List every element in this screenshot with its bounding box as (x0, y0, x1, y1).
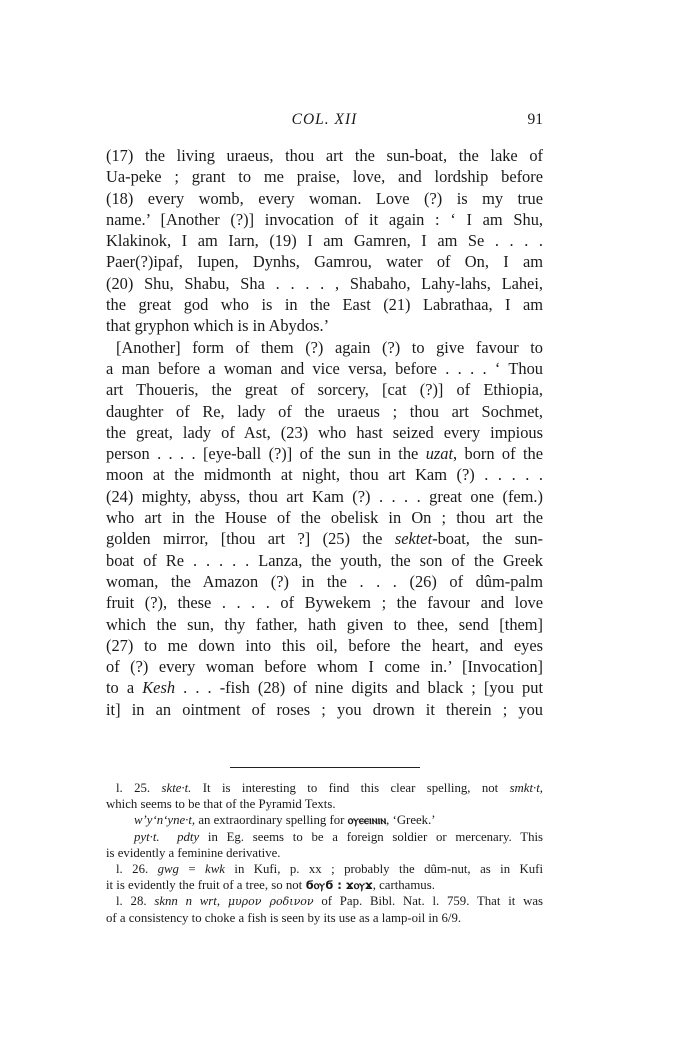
text-segment: to a (106, 678, 134, 697)
footnote-text: in Kufi, p. xx ; probably the dûm-nut, a… (225, 862, 543, 876)
text-line: a man before a woman and vice versa, bef… (106, 358, 543, 379)
italic-term-uzat: uzat (426, 444, 453, 463)
coptic-word: ⲟⲩⲉⲉⲓⲛⲓⲛ (348, 813, 387, 827)
text-line: Paer(?)ipaf, Iupen, Dynhs, Gamrou, water… (106, 251, 543, 272)
footnote-line: w’y‘n‘yne·t, an extraordinary spelling f… (106, 812, 543, 828)
text-line: it] in an ointment of roses ; you drown … (106, 699, 543, 720)
footnote-term: pdty (177, 830, 199, 844)
footnote-text: It is interesting to find this clear spe… (191, 781, 509, 795)
text-line: daughter of Re, lady of the uraeus ; tho… (106, 401, 543, 422)
text-line: moon at the midmonth at night, thou art … (106, 464, 543, 485)
footnote-text: an extraordinary spelling for (195, 813, 347, 827)
footnote-line: l. 28. sknn n wrt, μυρον ροδινον of Pap.… (106, 893, 543, 909)
footnote-term: w’y‘n‘yne·t, (134, 813, 195, 827)
text-line: of (?) every woman before whom I come in… (106, 656, 543, 677)
text-segment: golden mirror, [thou art ?] (25) the (106, 529, 382, 548)
footnote-text: it is evidently the fruit of a tree, so … (106, 878, 305, 892)
text-line: person . . . . [eye-ball (?)] of the sun… (106, 443, 543, 464)
running-head: COL. XII 91 (106, 111, 543, 133)
footnote-term: sknn n wrt, (154, 894, 220, 908)
text-line: (24) mighty, abyss, thou art Kam (?) . .… (106, 486, 543, 507)
footnote-line: l. 26. gwg = kwk in Kufi, p. xx ; probab… (106, 861, 543, 877)
text-line: (20) Shu, Shabu, Sha . . . . , Shabaho, … (106, 273, 543, 294)
text-line: to a Kesh . . . -fish (28) of nine digit… (106, 677, 543, 698)
text-segment: person . . . . [eye-ball (?)] of the sun… (106, 444, 418, 463)
page-number: 91 (528, 111, 544, 129)
running-title: COL. XII (106, 111, 543, 129)
text-line: golden mirror, [thou art ?] (25) the sek… (106, 528, 543, 549)
text-line: who art in the House of the obelisk in O… (106, 507, 543, 528)
footnote-line: is evidently a feminine derivative. (106, 845, 543, 861)
book-page: COL. XII 91 (17) the living uraeus, thou… (0, 0, 685, 1046)
footnote-text: of Pap. Bibl. Nat. l. 759. That it was (314, 894, 543, 908)
text-line: (18) every womb, every woman. Love (?) i… (106, 188, 543, 209)
footnote-text: in Eg. seems to be a foreign soldier or … (199, 830, 543, 844)
greek-phrase: μυρον ροδινον (228, 895, 314, 908)
text-line: which the sun, thy father, hath given to… (106, 614, 543, 635)
text-segment: , born of the (453, 444, 543, 463)
text-line: that gryphon which is in Abydos.’ (106, 315, 543, 336)
italic-term-kesh: Kesh (142, 678, 175, 697)
text-line: art Thoueris, the great of sorcery, [cat… (106, 379, 543, 400)
text-line: boat of Re . . . . . Lanza, the youth, t… (106, 550, 543, 571)
text-line: name.’ [Another (?)] invocation of it ag… (106, 209, 543, 230)
footnote-ref: l. 25. (116, 781, 150, 795)
footnote-line: of a consistency to choke a fish is seen… (106, 910, 543, 926)
footnotes: l. 25. skte·t. It is interesting to find… (106, 780, 543, 926)
text-line: the great, lady of Ast, (23) who hast se… (106, 422, 543, 443)
footnote-line: it is evidently the fruit of a tree, so … (106, 877, 543, 893)
equals-sign: = (179, 862, 205, 876)
footnote-line: which seems to be that of the Pyramid Te… (106, 796, 543, 812)
footnote-text: , carthamus. (373, 878, 435, 892)
footnote-term: gwg (158, 862, 179, 876)
footnote-term: smkt·t, (510, 781, 543, 795)
paragraph-start-line: [Another] form of them (?) again (?) to … (106, 337, 543, 358)
main-text: (17) the living uraeus, thou art the sun… (106, 145, 543, 720)
text-segment: -boat, the sun- (432, 529, 543, 548)
text-line: woman, the Amazon (?) in the . . . (26) … (106, 571, 543, 592)
footnote-text: , ‘Greek.’ (386, 813, 435, 827)
footnote-ref: l. 26. (116, 862, 148, 876)
italic-term-sektet: sektet (395, 529, 432, 548)
text-line: fruit (?), these . . . . of Bywekem ; th… (106, 592, 543, 613)
footnote-term: skte·t. (162, 781, 192, 795)
text-line: Klakinok, I am Iarn, (19) I am Gamren, I… (106, 230, 543, 251)
footnote-ref: l. 28. (116, 894, 147, 908)
footnote-term: kwk (205, 862, 225, 876)
text-line: (27) to me down into this oil, before th… (106, 635, 543, 656)
footnote-line: l. 25. skte·t. It is interesting to find… (106, 780, 543, 796)
footnote-line: pyt·t. pdty in Eg. seems to be a foreign… (106, 829, 543, 845)
text-line: (17) the living uraeus, thou art the sun… (106, 145, 543, 166)
coptic-word: ϭⲟⲩϭ : ϫⲟⲩϫ (305, 878, 372, 892)
footnote-divider (230, 767, 420, 768)
text-line: the great god who is in the East (21) La… (106, 294, 543, 315)
text-segment: . . . -fish (28) of nine digits and blac… (175, 678, 543, 697)
text-line: Ua-peke ; grant to me praise, love, and … (106, 166, 543, 187)
footnote-term: pyt·t. (134, 830, 160, 844)
